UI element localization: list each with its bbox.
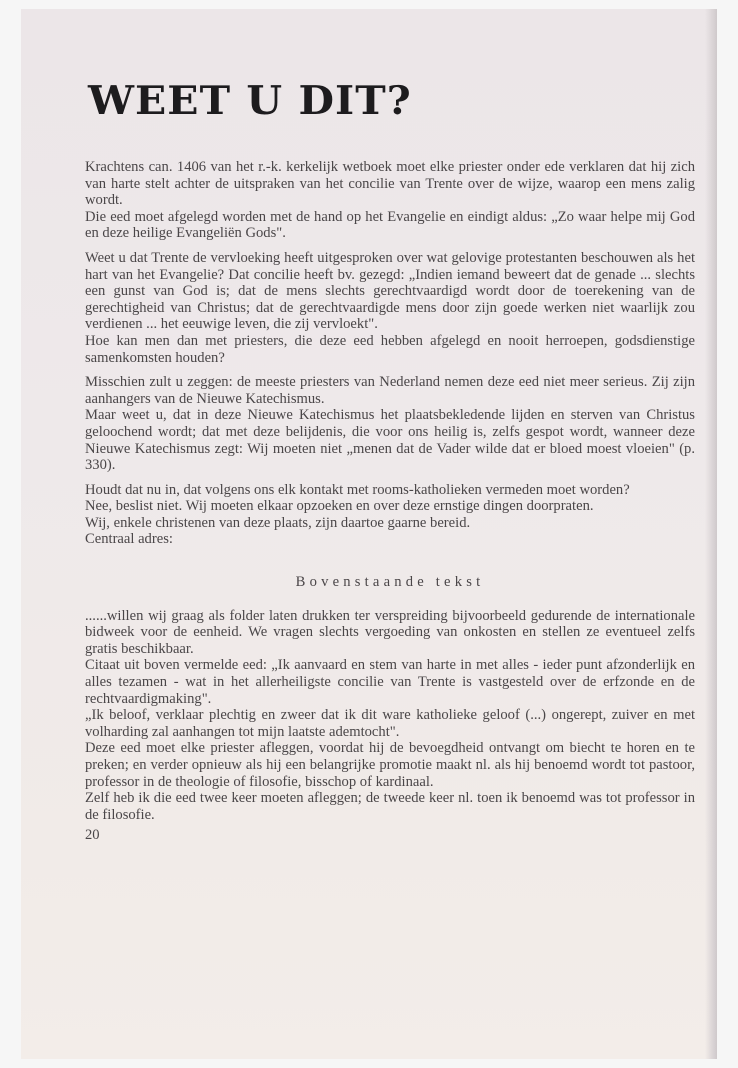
paragraph-new-catechism: Maar weet u, dat in deze Nieuwe Katechis… [85,407,695,473]
paragraph-oath-requirement: Deze eed moet elke priester afleggen, vo… [85,740,695,790]
paragraph-canon-law: Krachtens can. 1406 van het r.-k. kerkel… [85,159,695,209]
paragraph-willing: Wij, enkele christenen van deze plaats, … [85,515,695,532]
page-title: WEET U DIT? [88,78,412,124]
paragraph-question-meetings: Hoe kan men dan met priesters, die deze … [85,333,695,366]
section-subheading: Bovenstaande tekst [85,574,695,591]
paragraph-avoid-contact: Houdt dat nu in, dat volgens ons elk kon… [85,482,695,499]
page-number: 20 [85,827,695,844]
paragraph-promise-quote: „Ik beloof, verklaar plechtig en zweer d… [85,707,695,740]
paragraph-no-discuss: Nee, beslist niet. Wij moeten elkaar opz… [85,498,695,515]
paragraph-trente-curse: Weet u dat Trente de vervloeking heeft u… [85,250,695,333]
paragraph-personal-note: Zelf heb ik die eed twee keer moeten afl… [85,790,695,823]
paragraph-folder: ......willen wij graag als folder laten … [85,608,695,658]
paragraph-oath-ending: Die eed moet afgelegd worden met de hand… [85,209,695,242]
paragraph-oath-quote: Citaat uit boven vermelde eed: „Ik aanva… [85,657,695,707]
document-page: WEET U DIT? Krachtens can. 1406 van het … [21,9,717,1059]
paragraph-central-address: Centraal adres: [85,531,695,548]
paragraph-not-serious: Misschien zult u zeggen: de meeste pries… [85,374,695,407]
page-edge-shadow [705,9,717,1059]
article-body: Krachtens can. 1406 van het r.-k. kerkel… [85,159,695,844]
